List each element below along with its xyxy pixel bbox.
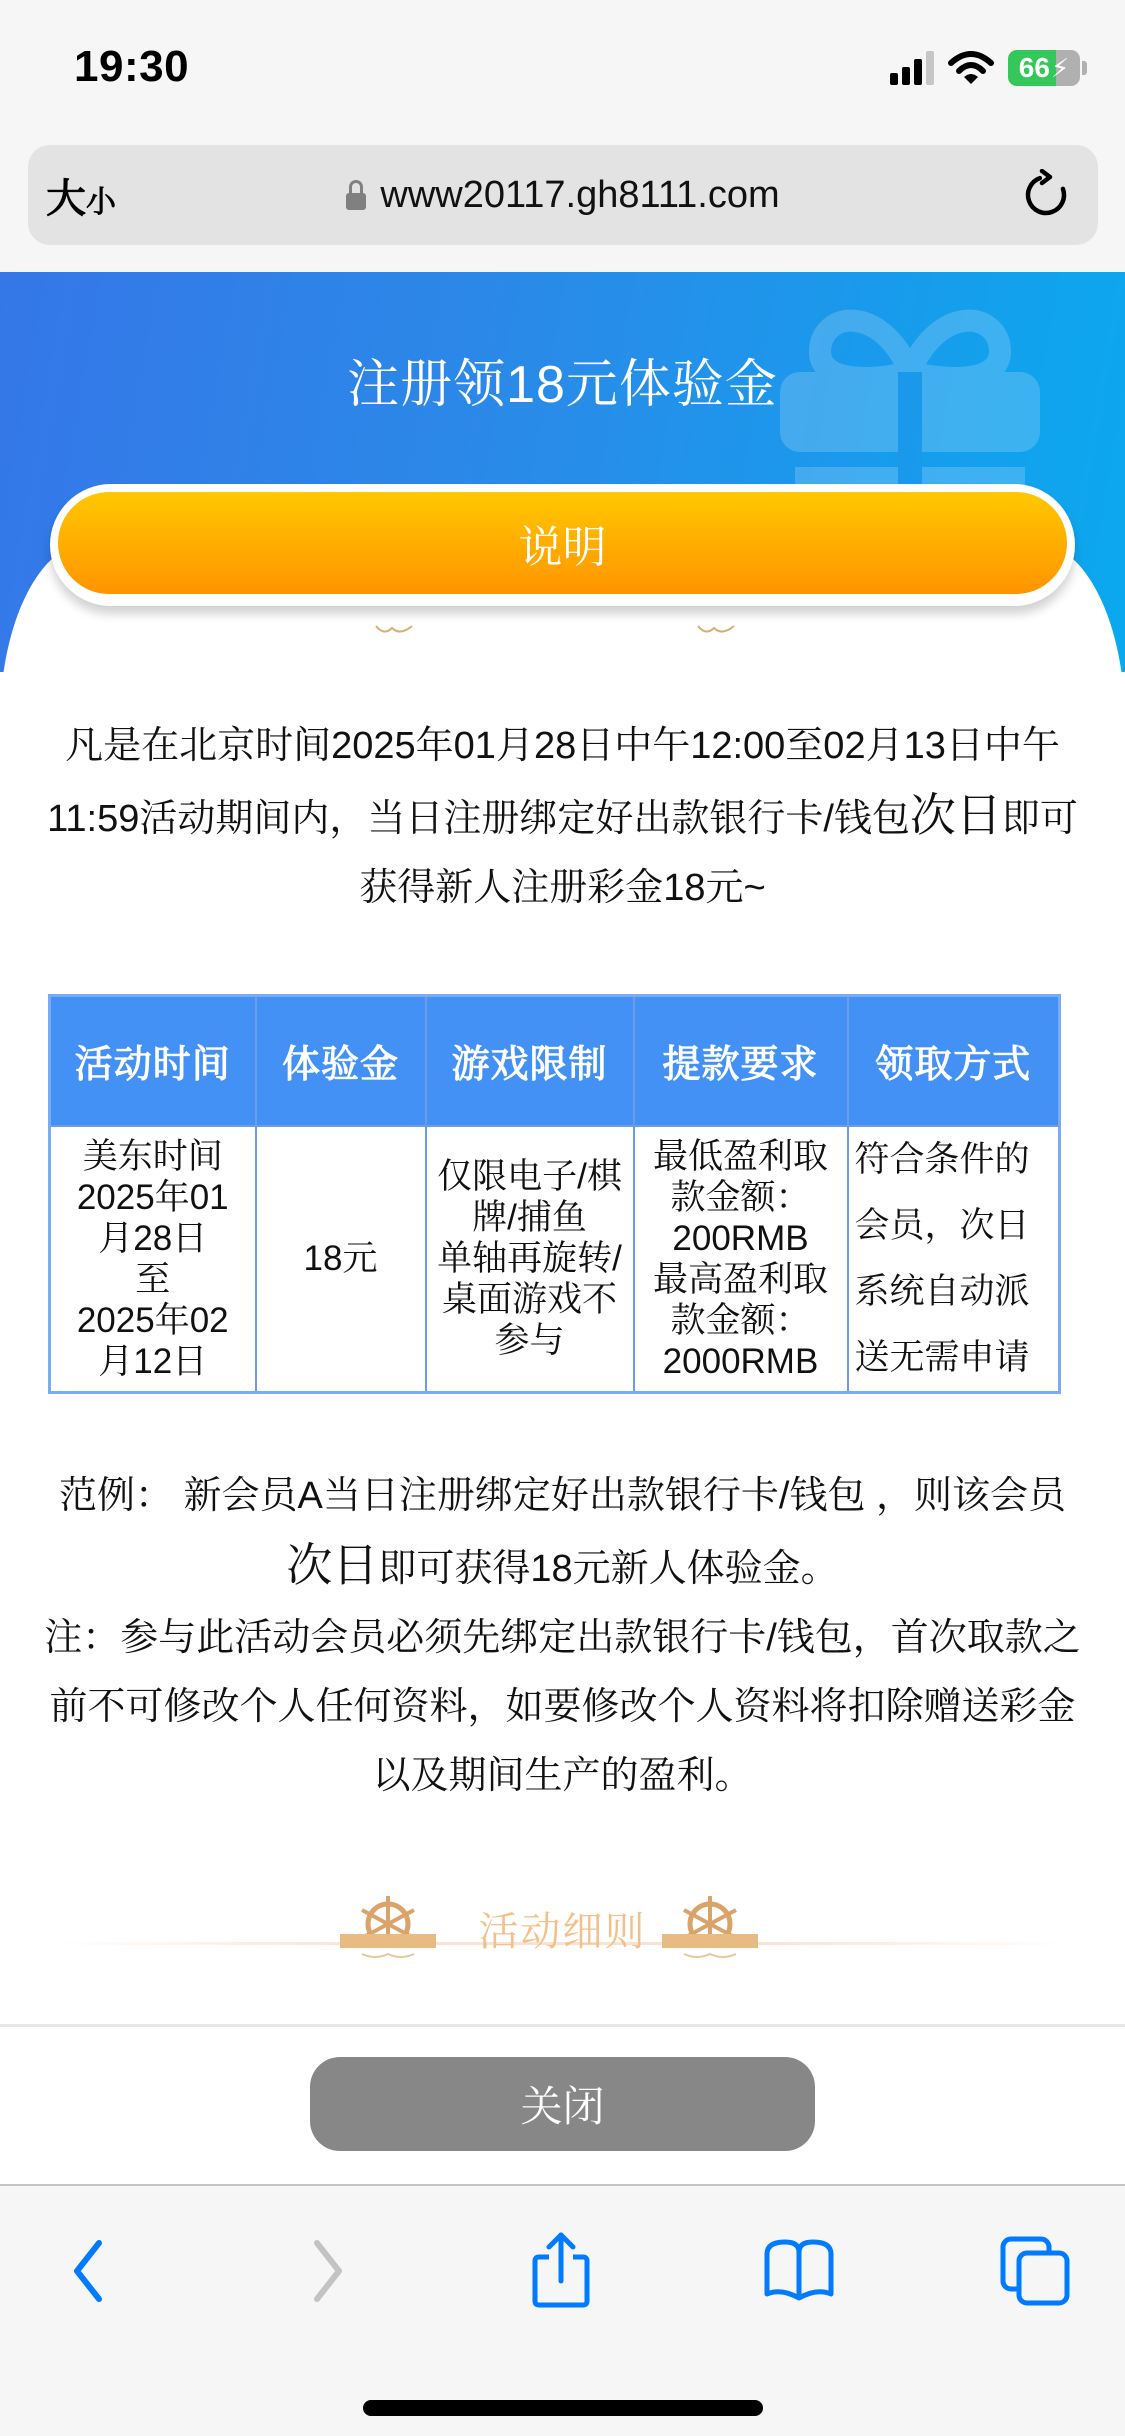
tab-explanation-label: 说明 bbox=[58, 492, 1067, 594]
cell-line: 月28日 bbox=[53, 1218, 253, 1259]
chevron-left-icon bbox=[67, 2239, 107, 2303]
cell-line: 最高盈利取 bbox=[637, 1259, 845, 1300]
lock-icon bbox=[346, 180, 366, 210]
intro-emphasis: 次日 bbox=[910, 789, 1002, 841]
page-title: 注册领18元体验金 bbox=[0, 342, 1125, 417]
cell-line: 桌面游戏不 bbox=[429, 1279, 631, 1320]
example-suffix: 即可获得18元新人体验金。 bbox=[378, 1548, 838, 1590]
header-activity-time: 活动时间 bbox=[50, 996, 256, 1126]
cell-activity-time: 美东时间 2025年01 月28日 至 2025年02 月12日 bbox=[50, 1126, 256, 1393]
cell-line: 2000RMB bbox=[637, 1341, 845, 1382]
battery-percent: 66 bbox=[1019, 52, 1050, 84]
battery-charging-icon: 66⚡ bbox=[1008, 50, 1087, 86]
status-icons: 66⚡ bbox=[890, 50, 1087, 86]
url-text: www20117.gh8111.com bbox=[380, 174, 779, 217]
tabs-icon bbox=[997, 2235, 1073, 2307]
cell-line: 系统自动派 bbox=[855, 1259, 1057, 1325]
close-button[interactable]: 关闭 bbox=[310, 2057, 815, 2151]
status-bar: 19:30 66⚡ bbox=[0, 0, 1125, 140]
cell-line: 美东时间 bbox=[53, 1136, 253, 1177]
section-title: 活动细则 bbox=[0, 1900, 1125, 1957]
header-bonus: 体验金 bbox=[256, 996, 426, 1126]
header-game-limit: 游戏限制 bbox=[426, 996, 634, 1126]
ship-wheel-icon bbox=[654, 1890, 766, 1962]
cell-line: 月12日 bbox=[53, 1341, 253, 1382]
back-button[interactable] bbox=[42, 2226, 132, 2316]
cell-line: 送无需申请 bbox=[855, 1325, 1057, 1391]
header-withdraw-req: 提款要求 bbox=[634, 996, 848, 1126]
cell-withdraw-req: 最低盈利取 款金额： 200RMB 最高盈利取 款金额： 2000RMB bbox=[634, 1126, 848, 1393]
decoration-icon bbox=[374, 622, 414, 638]
cell-claim-method: 符合条件的 会员，次日 系统自动派 送无需申请 bbox=[848, 1126, 1060, 1393]
home-indicator bbox=[363, 2400, 763, 2416]
notes-text: 范例： 新会员A当日注册绑定好出款银行卡/钱包 ，则该会员次日即可获得18元新人… bbox=[40, 1462, 1085, 1811]
reload-icon[interactable] bbox=[1020, 169, 1072, 221]
cell-line: 200RMB bbox=[637, 1218, 845, 1259]
cell-line: 至 bbox=[53, 1259, 253, 1300]
example-prefix: 范例： 新会员A当日注册绑定好出款银行卡/钱包 ，则该会员 bbox=[59, 1475, 1066, 1517]
cell-line: 款金额： bbox=[637, 1300, 845, 1341]
table-row: 美东时间 2025年01 月28日 至 2025年02 月12日 18元 仅限电… bbox=[50, 1126, 1060, 1393]
footer-divider bbox=[0, 2024, 1125, 2027]
cell-line: 符合条件的 bbox=[855, 1127, 1057, 1193]
address-bar: 大小 www20117.gh8111.com bbox=[28, 145, 1098, 245]
section-header: 活动细则 bbox=[0, 1872, 1125, 1952]
bookmarks-button[interactable] bbox=[754, 2226, 844, 2316]
cell-line: 款金额： bbox=[637, 1177, 845, 1218]
cell-line: 会员，次日 bbox=[855, 1193, 1057, 1259]
browser-toolbar bbox=[0, 2186, 1125, 2436]
share-icon bbox=[529, 2231, 593, 2311]
intro-part1: 凡是在北京时间2025年01月28日中午12:00至02月13日中午11:59活… bbox=[47, 725, 1060, 840]
status-time: 19:30 bbox=[74, 42, 189, 92]
cell-line: 2025年02 bbox=[53, 1300, 253, 1341]
intro-text: 凡是在北京时间2025年01月28日中午12:00至02月13日中午11:59活… bbox=[40, 712, 1085, 923]
web-page: 注册领18元体验金 说明 凡是在北京时间2025年01月28日中午12:00至0… bbox=[0, 272, 1125, 2186]
cell-line: 最低盈利取 bbox=[637, 1136, 845, 1177]
tab-explanation[interactable]: 说明 bbox=[50, 484, 1075, 606]
signal-icon bbox=[890, 51, 934, 85]
cell-line: 仅限电子/棋 bbox=[429, 1156, 631, 1197]
share-button[interactable] bbox=[516, 2226, 606, 2316]
chevron-right-icon bbox=[309, 2239, 349, 2303]
cell-line: 参与 bbox=[429, 1320, 631, 1361]
tabs-button[interactable] bbox=[990, 2226, 1080, 2316]
header-claim-method: 领取方式 bbox=[848, 996, 1060, 1126]
decoration-icon bbox=[696, 622, 736, 638]
example-emphasis: 次日 bbox=[286, 1539, 378, 1591]
table-header-row: 活动时间 体验金 游戏限制 提款要求 领取方式 bbox=[50, 996, 1060, 1126]
cell-bonus: 18元 bbox=[256, 1126, 426, 1393]
wifi-icon bbox=[948, 51, 994, 85]
forward-button[interactable] bbox=[284, 2226, 374, 2316]
cell-line: 2025年01 bbox=[53, 1177, 253, 1218]
rules-table: 活动时间 体验金 游戏限制 提款要求 领取方式 美东时间 2025年01 月28… bbox=[48, 994, 1061, 1394]
cell-line: 单轴再旋转/ bbox=[429, 1238, 631, 1279]
cell-game-limit: 仅限电子/棋 牌/捕鱼 单轴再旋转/ 桌面游戏不 参与 bbox=[426, 1126, 634, 1393]
book-icon bbox=[761, 2238, 837, 2304]
cell-line: 牌/捕鱼 bbox=[429, 1197, 631, 1238]
note-text: 注：参与此活动会员必须先绑定出款银行卡/钱包，首次取款之前不可修改个人任何资料，… bbox=[44, 1617, 1081, 1797]
url-field[interactable]: www20117.gh8111.com bbox=[28, 145, 1098, 245]
